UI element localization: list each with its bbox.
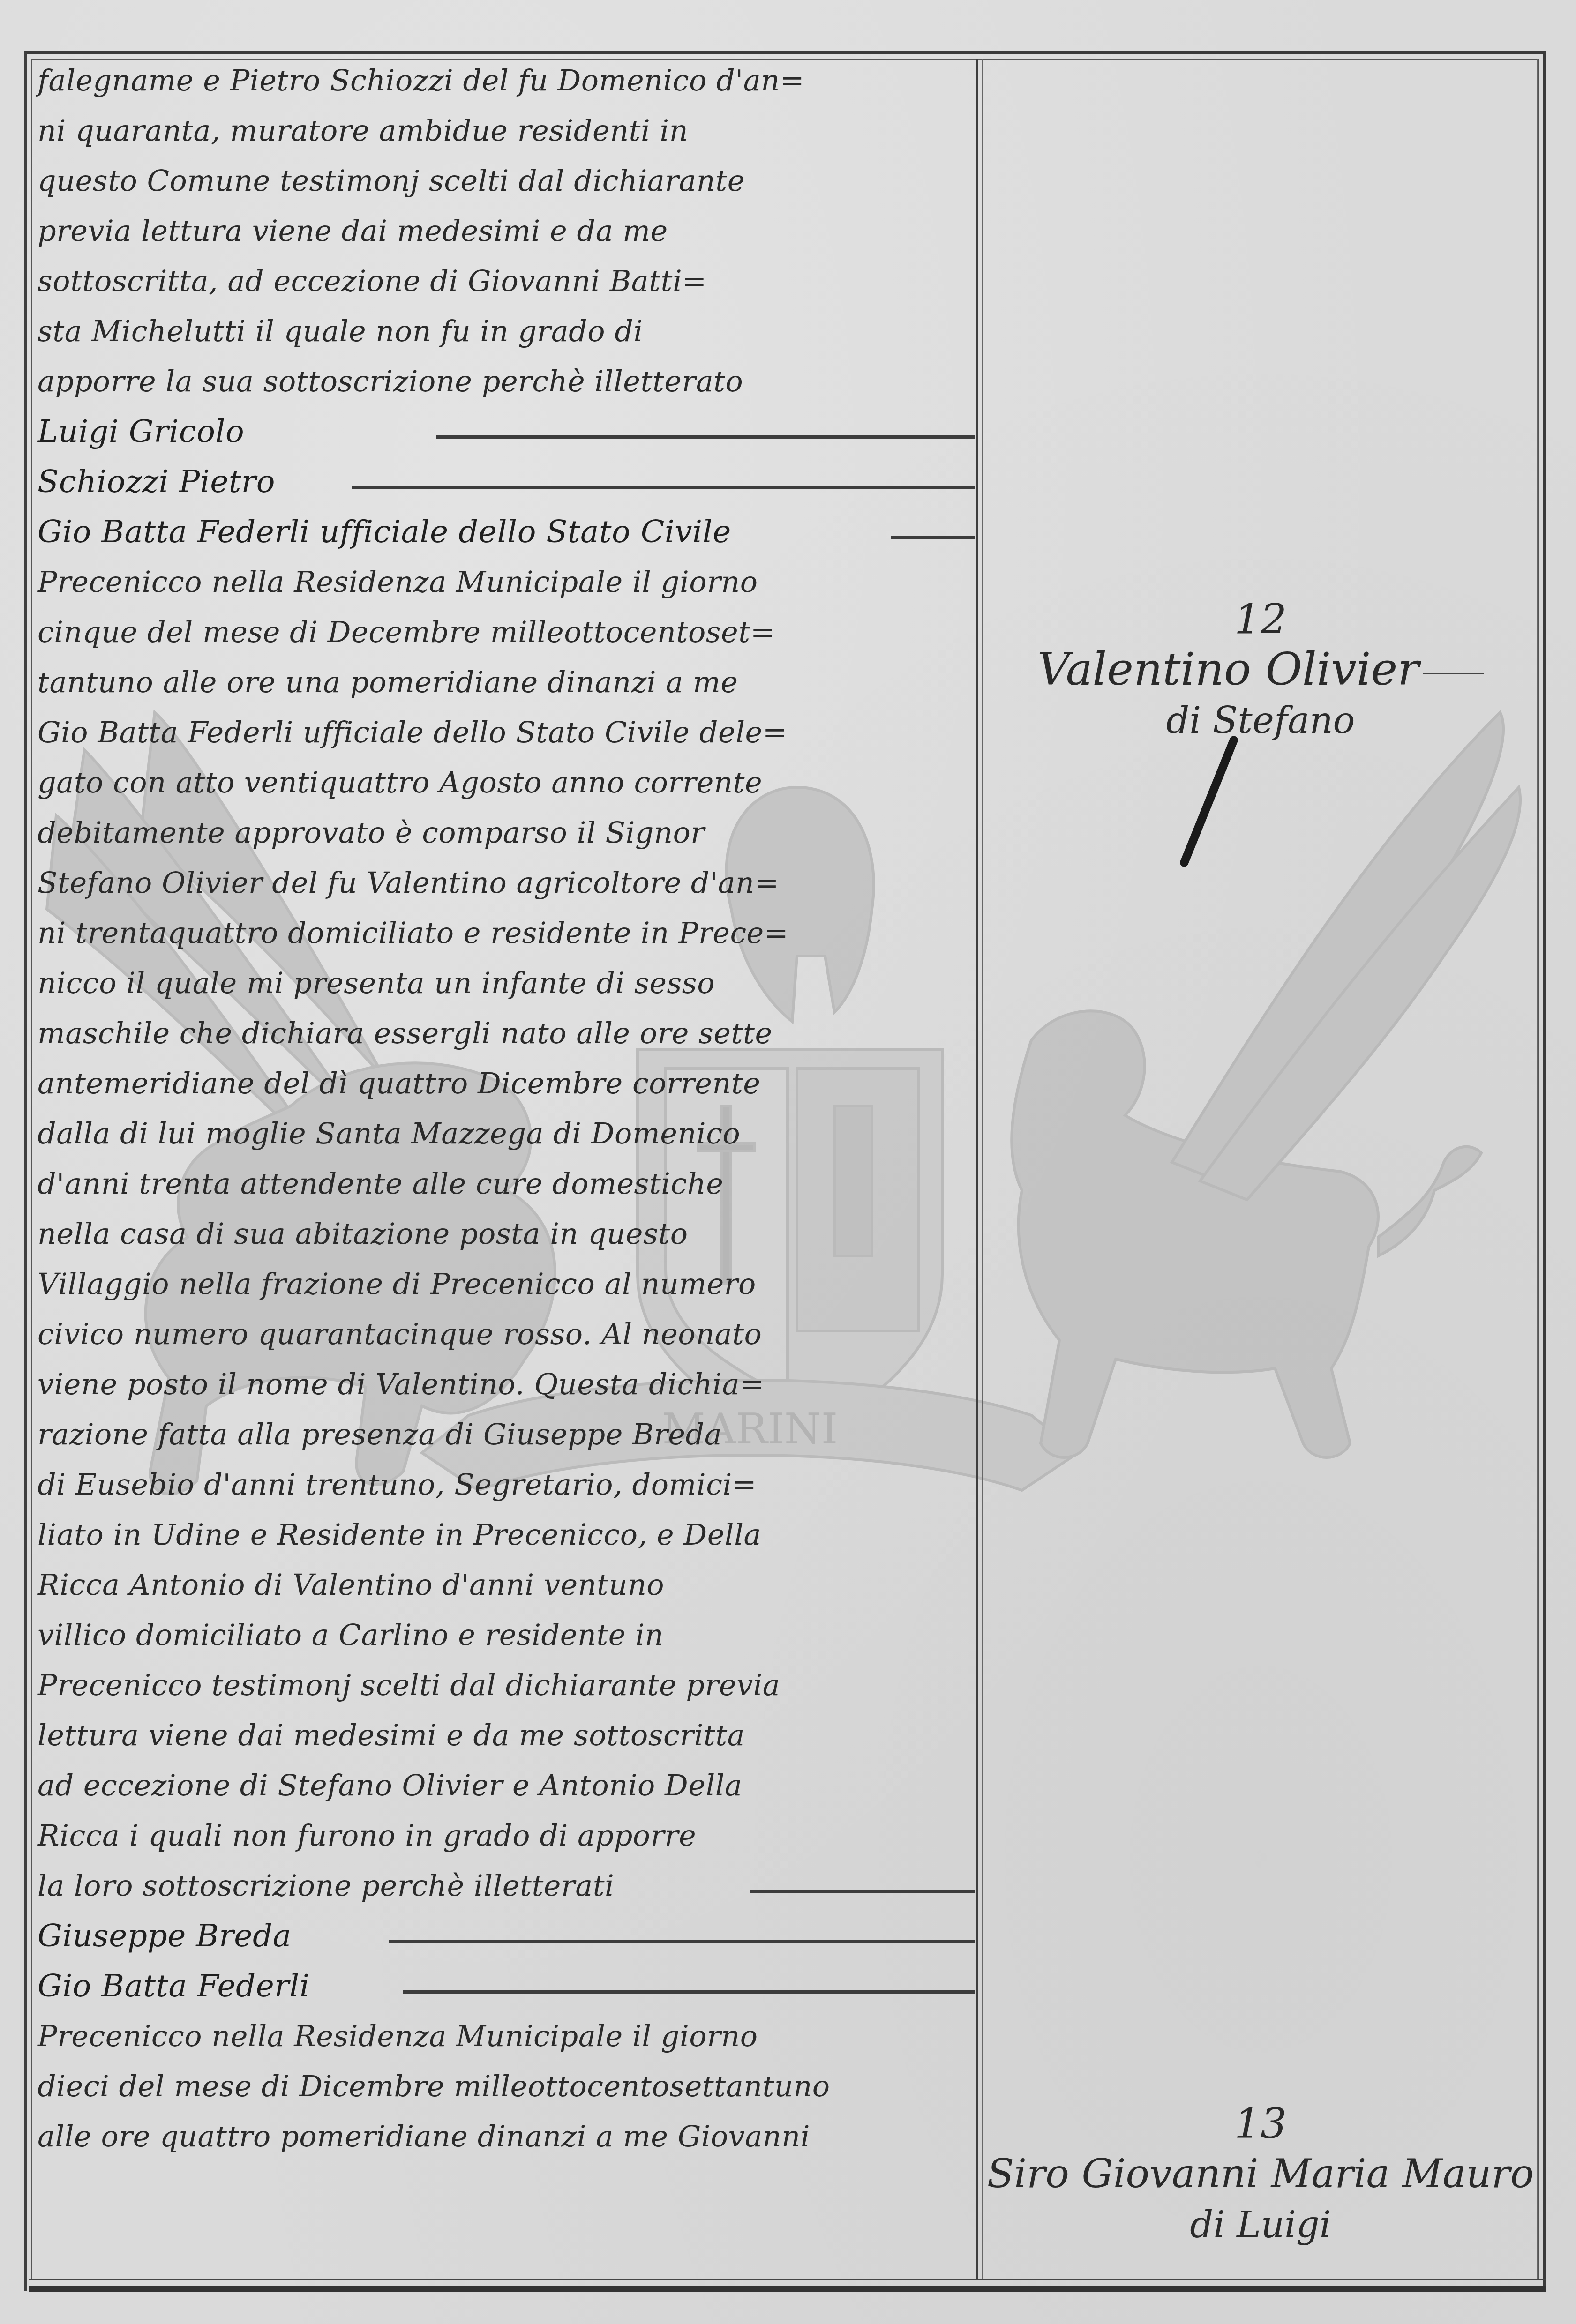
line-text: sta Michelutti il quale non fu in grado … [38, 314, 643, 348]
line-text: dieci del mese di Dicembre milleottocent… [38, 2069, 830, 2103]
line-text: alle ore quattro pomeridiane dinanzi a m… [38, 2119, 810, 2153]
line-text: Ricca Antonio di Valentino d'anni ventun… [38, 1568, 664, 1602]
line-text: Gio Batta Federli ufficiale dello Stato … [38, 715, 787, 749]
line-text: villico domiciliato a Carlino e resident… [38, 1618, 664, 1652]
text-line: lettura viene dai medesimi e da me sotto… [38, 1710, 975, 1760]
text-line: razione fatta alla presenza di Giuseppe … [38, 1409, 975, 1459]
line-text: cinque del mese di Decembre milleottocen… [38, 615, 775, 649]
text-line: Precenicco nella Residenza Municipale il… [38, 557, 975, 607]
line-text: la loro sottoscrizione perchè illetterat… [38, 1868, 614, 1903]
line-text: lettura viene dai medesimi e da me sotto… [38, 1718, 745, 1752]
bottom-rule-heavy [29, 2286, 1546, 2292]
line-text: razione fatta alla presenza di Giuseppe … [38, 1417, 722, 1451]
closing-rule [750, 1890, 975, 1893]
line-text: sottoscritta, ad eccezione di Giovanni B… [38, 264, 707, 298]
record-text-column: falegname e Pietro Schiozzi del fu Domen… [38, 55, 975, 2161]
signature-rule [436, 435, 975, 439]
text-line: la loro sottoscrizione perchè illetterat… [38, 1861, 975, 1911]
line-text: Precenicco nella Residenza Municipale il… [38, 565, 758, 599]
signature-line: Gio Batta Federli ufficiale dello Stato … [38, 507, 975, 557]
margin-entry-13: 13 Siro Giovanni Maria Mauro di Luigi [984, 2100, 1537, 2251]
line-text: debitamente approvato è comparso il Sign… [38, 815, 705, 850]
line-text: Stefano Olivier del fu Valentino agricol… [38, 866, 779, 900]
child-name: Valentino Olivier [984, 643, 1537, 695]
text-line: Ricca i quali non furono in grado di app… [38, 1810, 975, 1861]
record-number: 12 [984, 595, 1537, 643]
text-line: sottoscritta, ad eccezione di Giovanni B… [38, 256, 975, 306]
line-text: Villaggio nella frazione di Precenicco a… [38, 1267, 756, 1301]
line-text: Ricca i quali non furono in grado di app… [38, 1818, 696, 1853]
text-line: villico domiciliato a Carlino e resident… [38, 1610, 975, 1660]
text-line: dalla di lui moglie Santa Mazzega di Dom… [38, 1108, 975, 1158]
text-line: gato con atto ventiquattro Agosto anno c… [38, 757, 975, 807]
text-line: apporre la sua sottoscrizione perchè ill… [38, 356, 975, 406]
name-flourish [1423, 673, 1484, 674]
child-name: Siro Giovanni Maria Mauro [984, 2148, 1537, 2199]
line-text: nicco il quale mi presenta un infante di… [38, 966, 715, 1000]
line-text: nella casa di sua abitazione posta in qu… [38, 1217, 688, 1251]
text-line: Stefano Olivier del fu Valentino agricol… [38, 858, 975, 908]
signature-line: Gio Batta Federli [38, 1961, 975, 2011]
text-line: debitamente approvato è comparso il Sign… [38, 807, 975, 858]
line-text: questo Comune testimonj scelti dal dichi… [38, 164, 745, 198]
text-line: falegname e Pietro Schiozzi del fu Domen… [38, 55, 975, 105]
text-line: sta Michelutti il quale non fu in grado … [38, 306, 975, 356]
record-number: 13 [984, 2100, 1537, 2148]
text-line: ni trentaquattro domiciliato e residente… [38, 908, 975, 958]
witness-signature: Giuseppe Breda [38, 1918, 292, 1954]
text-line: nicco il quale mi presenta un infante di… [38, 958, 975, 1008]
text-line: antemeridiane del dì quattro Dicembre co… [38, 1058, 975, 1108]
text-line: viene posto il nome di Valentino. Questa… [38, 1359, 975, 1409]
father-name: di Luigi [984, 2199, 1537, 2251]
line-text: ni trentaquattro domiciliato e residente… [38, 916, 788, 950]
column-divider-inner [982, 59, 983, 2280]
line-text: apporre la sua sottoscrizione perchè ill… [38, 364, 743, 398]
text-line: nella casa di sua abitazione posta in qu… [38, 1209, 975, 1259]
line-text: viene posto il nome di Valentino. Questa… [38, 1367, 764, 1401]
line-text: antemeridiane del dì quattro Dicembre co… [38, 1066, 761, 1100]
line-text: Precenicco nella Residenza Municipale il… [38, 2019, 758, 2053]
text-line: ni quaranta, muratore ambidue residenti … [38, 105, 975, 156]
text-line: civico numero quarantacinque rosso. Al n… [38, 1309, 975, 1359]
line-text: d'anni trenta attendente alle cure domes… [38, 1166, 724, 1201]
signature-rule [891, 536, 975, 539]
signature-line: Giuseppe Breda [38, 1911, 975, 1961]
line-text: previa lettura viene dai medesimi e da m… [38, 214, 668, 248]
text-line: Precenicco nella Residenza Municipale il… [38, 2011, 975, 2061]
column-divider [976, 59, 978, 2280]
witness-signature: Schiozzi Pietro [38, 463, 275, 500]
line-text: maschile che dichiara essergli nato alle… [38, 1016, 773, 1050]
line-text: falegname e Pietro Schiozzi del fu Domen… [38, 63, 804, 97]
text-line: Gio Batta Federli ufficiale dello Stato … [38, 707, 975, 757]
text-line: tantuno alle ore una pomeridiane dinanzi… [38, 657, 975, 707]
line-text: dalla di lui moglie Santa Mazzega di Dom… [38, 1116, 740, 1151]
text-line: previa lettura viene dai medesimi e da m… [38, 206, 975, 256]
text-line: di Eusebio d'anni trentuno, Segretario, … [38, 1459, 975, 1509]
bottom-rule [29, 2279, 1546, 2280]
text-line: Precenicco testimonj scelti dal dichiara… [38, 1660, 975, 1710]
officer-signature: Gio Batta Federli [38, 1968, 310, 2004]
signature-rule [403, 1990, 975, 1994]
text-line: ad eccezione di Stefano Olivier e Antoni… [38, 1760, 975, 1810]
signature-rule [352, 486, 975, 489]
line-text: civico numero quarantacinque rosso. Al n… [38, 1317, 762, 1351]
signature-line: Schiozzi Pietro [38, 456, 975, 507]
line-text: Precenicco testimonj scelti dal dichiara… [38, 1668, 780, 1702]
margin-entry-12: 12 Valentino Olivier di Stefano [984, 595, 1537, 747]
signature-rule [389, 1940, 975, 1943]
text-line: dieci del mese di Dicembre milleottocent… [38, 2061, 975, 2111]
signature-line: Luigi Gricolo [38, 406, 975, 456]
witness-signature: Luigi Gricolo [38, 413, 244, 449]
text-line: d'anni trenta attendente alle cure domes… [38, 1158, 975, 1209]
line-text: ad eccezione di Stefano Olivier e Antoni… [38, 1768, 743, 1802]
officer-signature: Gio Batta Federli ufficiale dello Stato … [38, 514, 731, 550]
text-line: cinque del mese di Decembre milleottocen… [38, 607, 975, 657]
line-text: liato in Udine e Residente in Precenicco… [38, 1517, 761, 1552]
line-text: ni quaranta, muratore ambidue residenti … [38, 113, 688, 148]
text-line: Villaggio nella frazione di Precenicco a… [38, 1259, 975, 1309]
line-text: di Eusebio d'anni trentuno, Segretario, … [38, 1467, 757, 1502]
right-inner-rule [1537, 59, 1538, 2280]
text-line: questo Comune testimonj scelti dal dichi… [38, 156, 975, 206]
text-line: maschile che dichiara essergli nato alle… [38, 1008, 975, 1058]
text-line: alle ore quattro pomeridiane dinanzi a m… [38, 2111, 975, 2161]
text-line: liato in Udine e Residente in Precenicco… [38, 1509, 975, 1560]
line-text: gato con atto ventiquattro Agosto anno c… [38, 765, 762, 800]
text-line: Ricca Antonio di Valentino d'anni ventun… [38, 1560, 975, 1610]
father-name: di Stefano [984, 695, 1537, 747]
line-text: tantuno alle ore una pomeridiane dinanzi… [38, 665, 738, 699]
